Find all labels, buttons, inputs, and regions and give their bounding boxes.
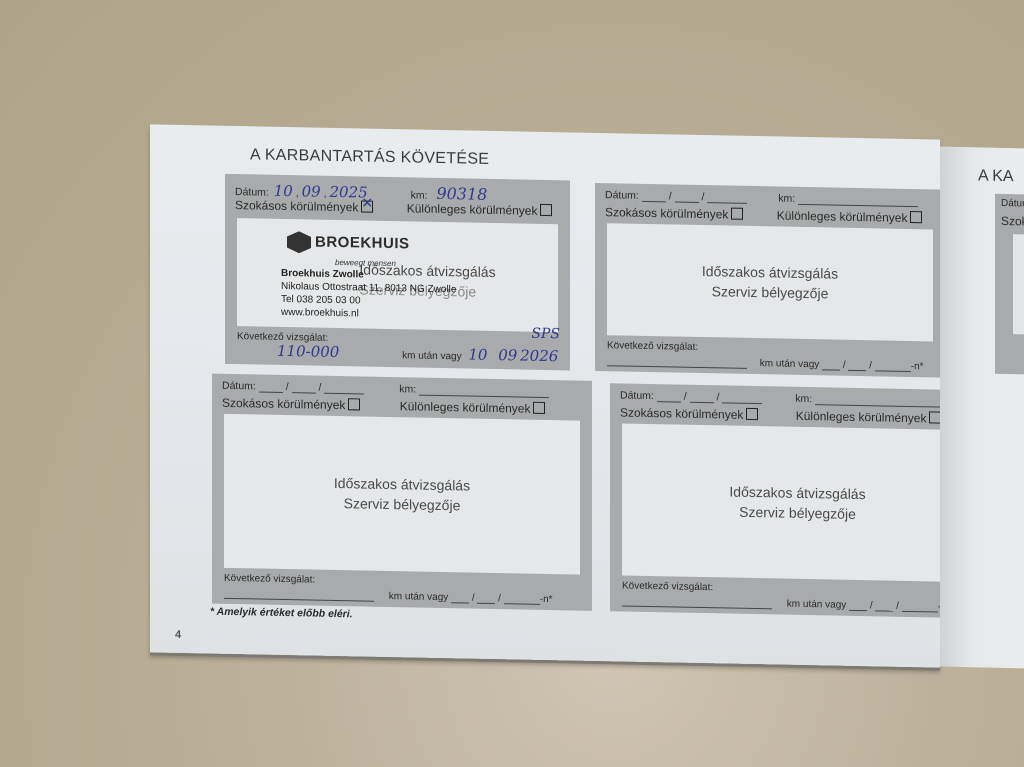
km-label: km:	[399, 383, 416, 395]
next-date-day-field[interactable]	[451, 592, 469, 603]
date-separator: /	[716, 391, 719, 403]
next-inspection-label: Következő vizsgálat:	[622, 580, 713, 593]
next-date-month-field[interactable]	[477, 593, 495, 604]
right-page-title: A KA	[978, 167, 1014, 186]
next-inspection-label: Következő vizsgálat:	[607, 340, 698, 353]
normal-conditions-label: Szokásos körülmények	[235, 198, 358, 214]
date-year-field[interactable]	[722, 392, 762, 404]
broekhuis-logo: BROEKHUIS	[287, 231, 410, 255]
special-conditions-checkbox[interactable]	[533, 402, 545, 414]
next-inspection-row: km után vagy / / -n*	[622, 595, 975, 613]
km-field[interactable]	[798, 194, 918, 207]
date-km-row: Dátum: 10 , 09 , 2025 km: 90318	[235, 180, 560, 200]
date-year-field[interactable]	[707, 192, 747, 204]
date-separator: /	[498, 593, 501, 604]
next-inspection-row: 110-000 km után vagy 10 09 2026	[237, 341, 560, 365]
next-date-year[interactable]: 2026	[520, 347, 558, 366]
next-date-day[interactable]: 10	[468, 346, 487, 364]
km-or-label: km után vagy	[402, 350, 461, 362]
date-separator: /	[286, 381, 289, 393]
special-conditions-label: Különleges körülmények	[777, 208, 908, 225]
next-km-value[interactable]: 110-000	[277, 342, 339, 361]
date-suffix: -n*	[540, 594, 553, 605]
km-field[interactable]	[815, 394, 945, 407]
date-label: Dátum:	[235, 186, 269, 199]
km-label: km:	[795, 393, 812, 405]
date-separator: ,	[296, 187, 299, 199]
next-date-day-field[interactable]	[849, 600, 867, 611]
stamp-caption-line2: Szerviz bélyegzője	[739, 502, 856, 524]
km-value[interactable]: 90318	[436, 184, 487, 204]
next-km-field[interactable]	[622, 595, 772, 609]
date-year-field[interactable]	[324, 383, 364, 395]
date-label: Dátum:	[605, 189, 639, 202]
stamp-caption-line1: Időszakos átvizsgálás	[334, 473, 470, 496]
next-date-month-field[interactable]	[875, 600, 893, 611]
special-conditions-label: Különleges körülmények	[407, 201, 538, 218]
date-month-field[interactable]	[292, 382, 316, 393]
date-day-field[interactable]	[642, 191, 666, 202]
special-conditions-checkbox[interactable]	[910, 211, 922, 223]
next-inspection-row: km után vagy / / -n*	[607, 355, 935, 372]
service-stamp-area: Időszakos átvizsgálás Szerviz bélyegzője	[224, 414, 580, 575]
normal-conditions-label: Szokásos körülmények	[222, 396, 345, 412]
date-month-value[interactable]: 09	[302, 182, 321, 200]
page-title: A KARBANTARTÁS KÖVETÉSE	[250, 146, 489, 169]
next-date-month-field[interactable]	[848, 360, 866, 371]
km-or-label: km után vagy	[760, 358, 819, 370]
stamp-caption-line2: Szerviz bélyegzője	[344, 493, 461, 515]
service-stamp-area: Időszakos átvizsgálás Szerviz bélyegzője	[622, 423, 973, 582]
service-stamp-area: Időszakos átvizsgálás Szerviz bélyegzője	[607, 223, 933, 341]
stamp-caption-line1: Időszakos átvizsgálás	[702, 261, 838, 284]
normal-conditions-checkbox[interactable]	[348, 398, 360, 410]
date-separator: /	[843, 360, 846, 371]
date-separator: /	[869, 360, 872, 371]
special-conditions-label: Különleges körülmények	[400, 399, 531, 416]
left-page: A KARBANTARTÁS KÖVETÉSE Dátum: 10 , 09 ,…	[150, 124, 940, 667]
next-inspection-label: Következő vizsgálat:	[224, 573, 315, 586]
date-separator: ,	[324, 188, 327, 200]
next-date-year-field[interactable]	[902, 601, 938, 613]
stamp-caption-line1: Időszakos átvizsgálás	[729, 482, 865, 505]
date-day-field[interactable]	[259, 382, 283, 393]
normal-conditions-label: Szokásos körülmények	[620, 405, 743, 421]
date-day-field[interactable]	[657, 391, 681, 402]
date-separator: /	[870, 600, 873, 611]
normal-conditions-checkbox[interactable]	[746, 408, 758, 420]
maintenance-entry-3: Dátum: / / km: Szokásos körülmények Külö…	[212, 374, 592, 611]
date-separator: /	[701, 191, 704, 203]
stamp-brand: BROEKHUIS	[315, 233, 410, 255]
date-separator: /	[684, 391, 687, 403]
date-separator: /	[472, 593, 475, 604]
normal-conditions-checkbox[interactable]	[731, 208, 743, 220]
maintenance-booklet: A KARBANTARTÁS KÖVETÉSE Dátum: 10 , 09 ,…	[150, 132, 1024, 662]
date-separator: /	[318, 382, 321, 394]
stamp-caption-line2: Szerviz bélyegzője	[712, 281, 829, 303]
maintenance-entry-4: Dátum: / / km: Szokásos körülmények Külö…	[610, 383, 985, 618]
next-date-day-field[interactable]	[822, 359, 840, 370]
broekhuis-logo-icon	[287, 231, 311, 253]
right-stamp-area	[1013, 234, 1024, 336]
right-page-entry: Dátum Szok	[995, 194, 1024, 376]
next-km-field[interactable]	[224, 588, 374, 602]
normal-conditions-checkbox[interactable]	[361, 200, 373, 212]
next-date-month[interactable]: 09	[498, 346, 517, 364]
right-normal-label: Szok	[1001, 214, 1024, 229]
date-separator: /	[896, 601, 899, 612]
maintenance-entry-2: Dátum: / / km: Szokásos körülmények Külö…	[595, 183, 945, 378]
maintenance-entry-1: Dátum: 10 , 09 , 2025 km: 90318 Szokásos…	[225, 174, 570, 371]
date-separator: /	[669, 190, 672, 202]
km-or-label: km után vagy	[389, 591, 448, 603]
km-label: km:	[778, 192, 795, 204]
date-label: Dátum:	[222, 380, 256, 393]
date-day-value[interactable]: 10	[274, 182, 293, 200]
service-stamp-area: BROEKHUIS beweegt mensen Időszakos átviz…	[237, 218, 558, 332]
conditions-row: Szokásos körülmények Különleges körülmén…	[235, 198, 560, 218]
stamp-address: Broekhuis Zwolle Nikolaus Ottostraat 11,…	[281, 267, 456, 322]
date-month-field[interactable]	[675, 191, 699, 202]
special-conditions-label: Különleges körülmények	[796, 409, 927, 426]
page-number: 4	[175, 629, 181, 641]
next-km-field[interactable]	[607, 355, 747, 369]
km-label: km:	[411, 189, 428, 201]
right-page: A KA Dátum Szok	[940, 147, 1024, 670]
next-date-year-field[interactable]	[875, 360, 911, 372]
initials: SPS	[531, 326, 560, 343]
km-field[interactable]	[419, 385, 549, 398]
date-suffix: -n*	[911, 361, 924, 372]
date-month-field[interactable]	[690, 392, 714, 403]
right-date-label: Dátum	[1001, 198, 1024, 210]
special-conditions-checkbox[interactable]	[540, 204, 552, 216]
next-inspection-row: km után vagy / / -n*	[224, 588, 582, 606]
footnote: * Amelyik értéket előbb eléri.	[210, 606, 353, 621]
normal-conditions-label: Szokásos körülmények	[605, 205, 728, 221]
date-label: Dátum:	[620, 389, 654, 402]
next-date-year-field[interactable]	[504, 593, 540, 605]
km-or-label: km után vagy	[787, 599, 846, 611]
stamp-line: www.broekhuis.nl	[281, 306, 456, 322]
